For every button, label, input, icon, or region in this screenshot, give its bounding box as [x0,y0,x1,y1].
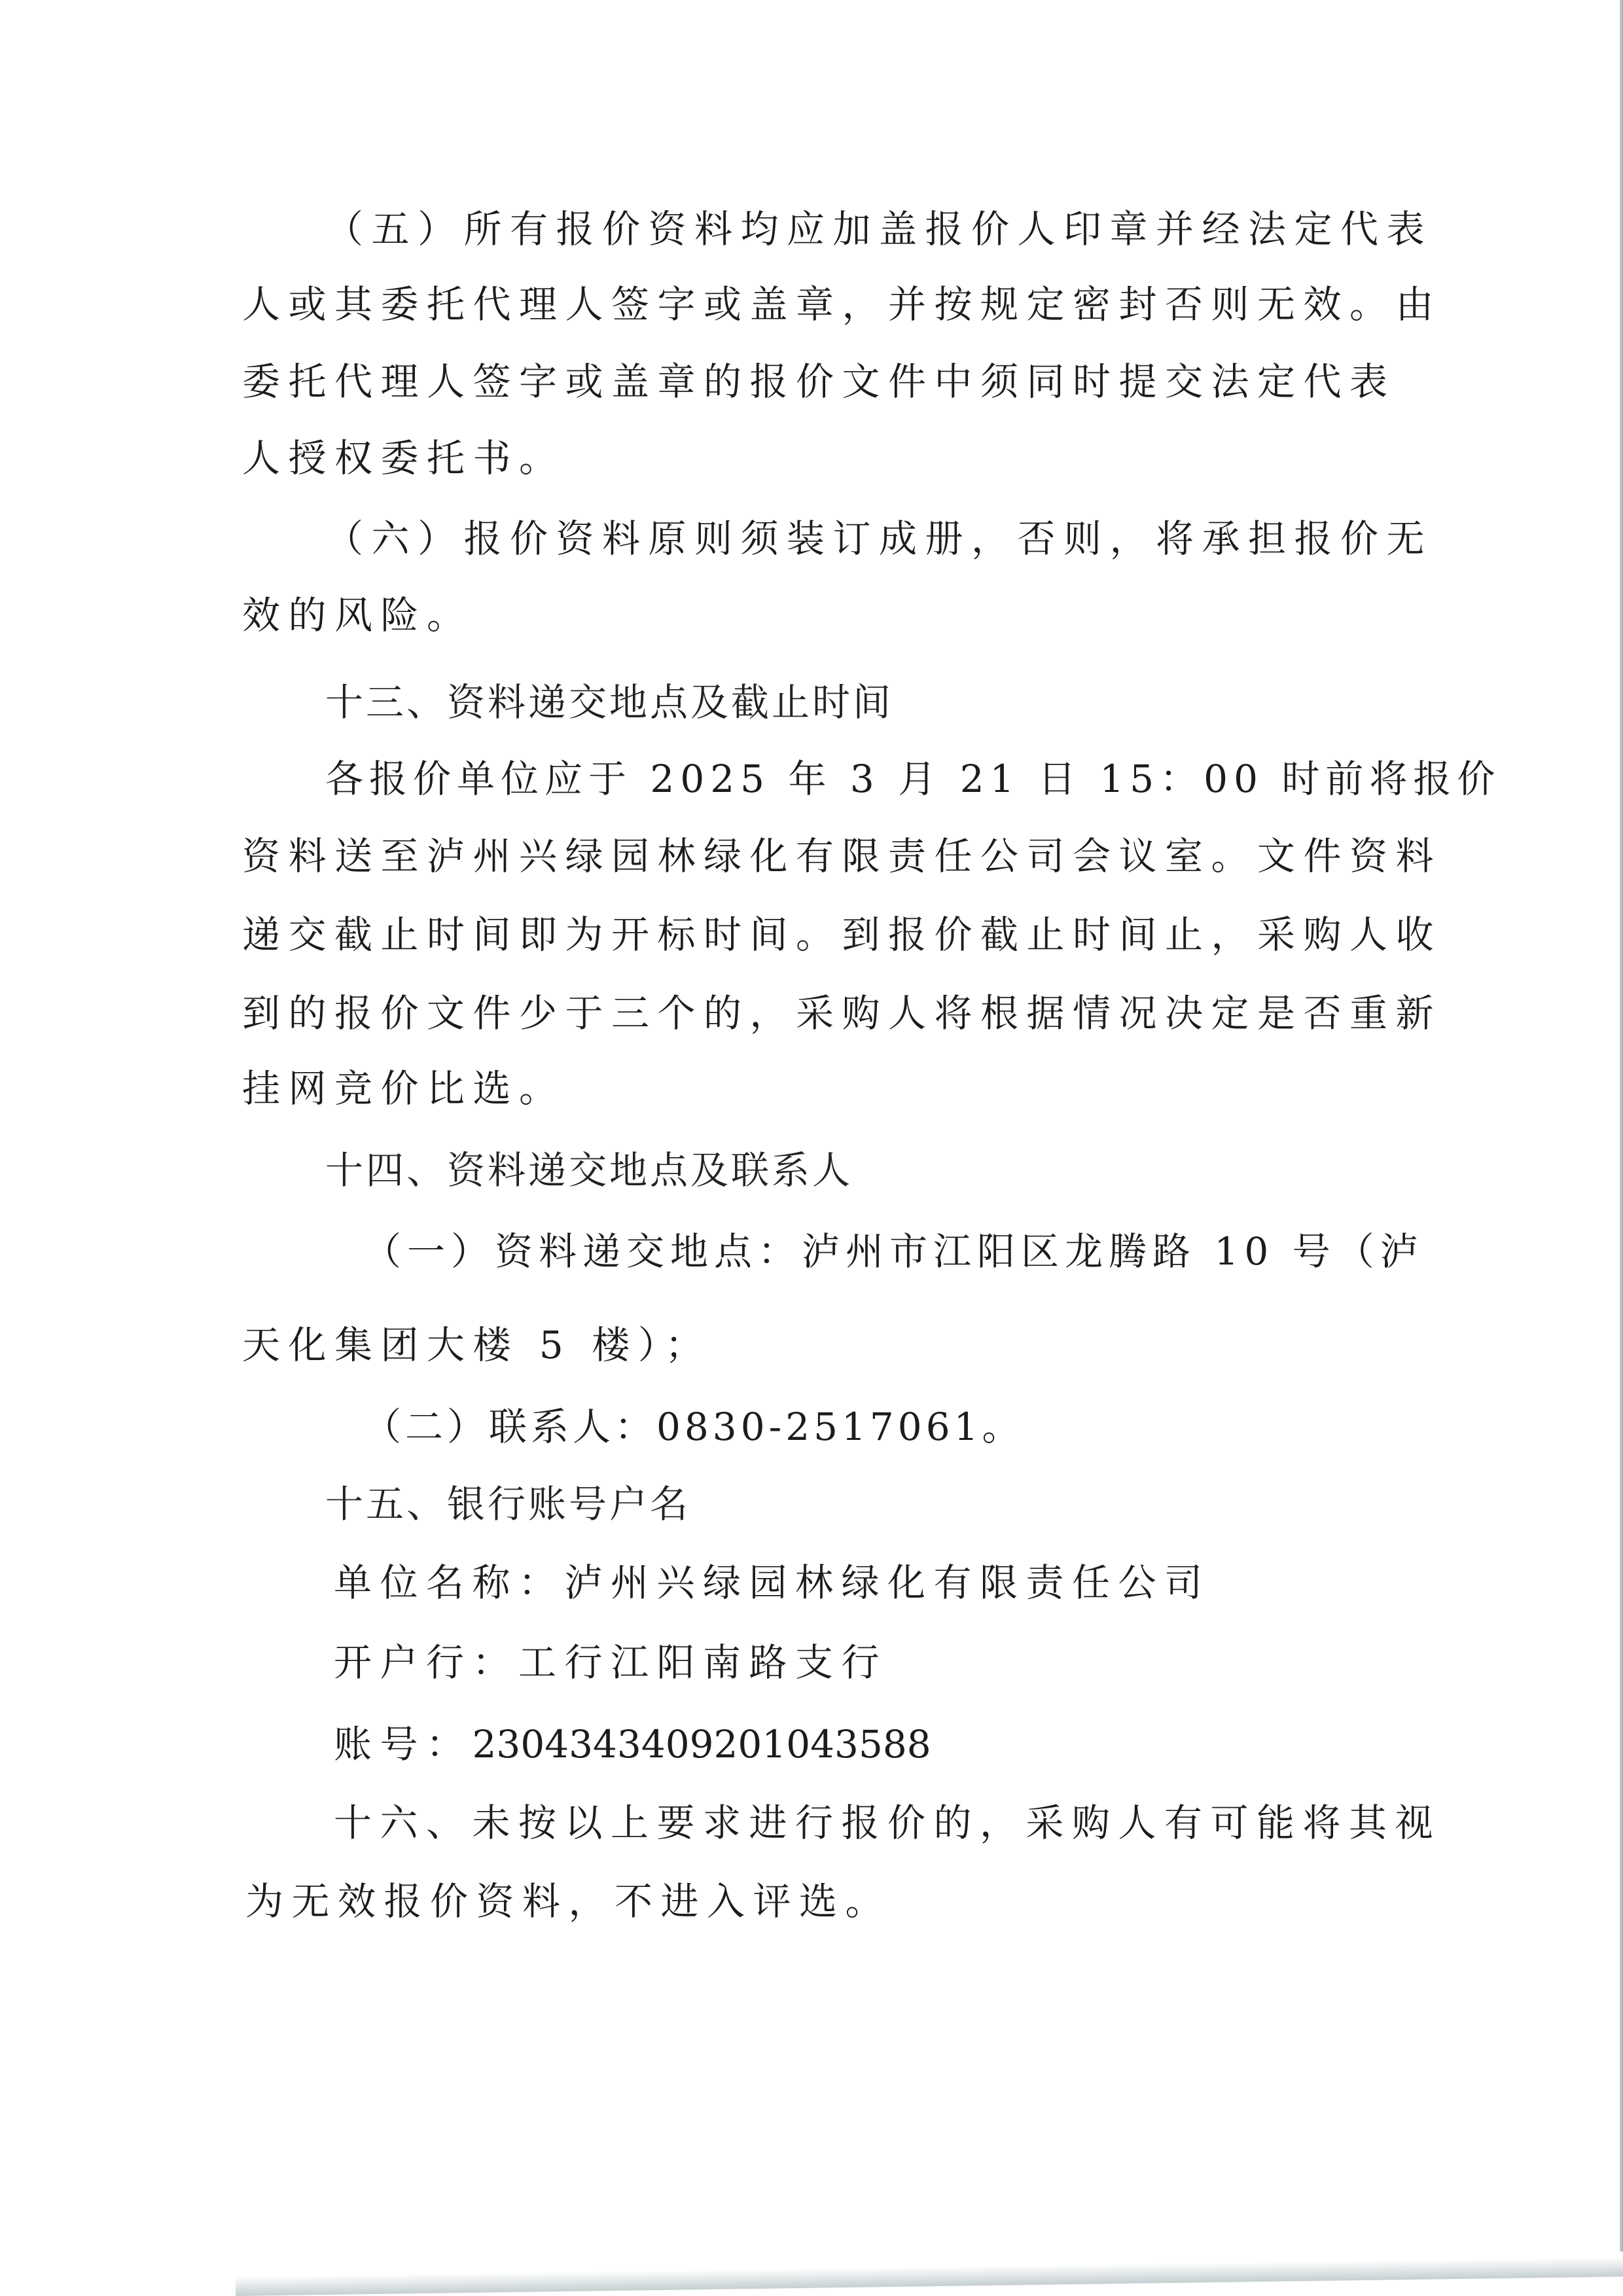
section-15-heading: 十五、银行账号户名 [325,1478,690,1530]
item-5-line-4: 人授权委托书。 [242,432,565,484]
scan-edge-right [1620,0,1623,2251]
unit-name-value: 泸州兴绿园林绿化有限责任公司 [565,1560,1211,1605]
section-14-address-line-2: 天化集团大楼 5 楼）； [242,1319,711,1371]
bank-value: 工行江阳南路支行 [518,1640,887,1685]
item-5-line-2: 人或其委托代理人签字或盖章，并按规定密封否则无效。由 [242,278,1442,331]
section-16-line-1: 十六、未按以上要求进行报价的，采购人有可能将其视 [334,1797,1441,1849]
unit-name-field: 单位名称：泸州兴绿园林绿化有限责任公司 [334,1556,1211,1609]
section-14-contact-line: （二）联系人：0830-2517061。 [363,1401,1024,1453]
item-6-line-1: （六）报价资料原则须装订成册，否则，将承担报价无 [325,512,1433,565]
section-14-address-line-1: （一）资料递交地点：泸州市江阳区龙腾路 10 号（泸 [363,1225,1424,1278]
bank-field: 开户行：工行江阳南路支行 [334,1636,887,1689]
section-13-heading: 十三、资料递交地点及截止时间 [325,676,893,728]
scan-edge-bottom [236,2257,1623,2296]
account-number-label: 账号： [334,1722,473,1767]
account-number-value: 2304343409201043588 [473,1722,931,1767]
section-14-heading: 十四、资料递交地点及联系人 [325,1144,853,1196]
item-6-line-2: 效的风险。 [242,589,473,641]
item-5-line-1: （五）所有报价资料均应加盖报价人印章并经法定代表 [325,203,1433,255]
bank-label: 开户行： [334,1640,518,1685]
section-13-line-1: 各报价单位应于 2025 年 3 月 21 日 15：00 时前将报价 [325,753,1501,805]
account-number-field: 账号：2304343409201043588 [334,1718,931,1770]
unit-name-label: 单位名称： [334,1560,565,1605]
document-page: （五）所有报价资料均应加盖报价人印章并经法定代表 人或其委托代理人签字或盖章，并… [0,0,1623,2296]
section-16-line-2: 为无效报价资料，不进入评选。 [245,1875,891,1928]
section-13-line-4: 到的报价文件少于三个的，采购人将根据情况决定是否重新 [242,987,1442,1039]
section-13-line-5: 挂网竞价比选。 [242,1062,565,1115]
item-5-line-3: 委托代理人签字或盖章的报价文件中须同时提交法定代表 [242,355,1396,408]
section-13-line-2: 资料送至泸州兴绿园林绿化有限责任公司会议室。文件资料 [242,830,1442,882]
section-13-line-3: 递交截止时间即为开标时间。到报价截止时间止，采购人收 [242,908,1442,961]
